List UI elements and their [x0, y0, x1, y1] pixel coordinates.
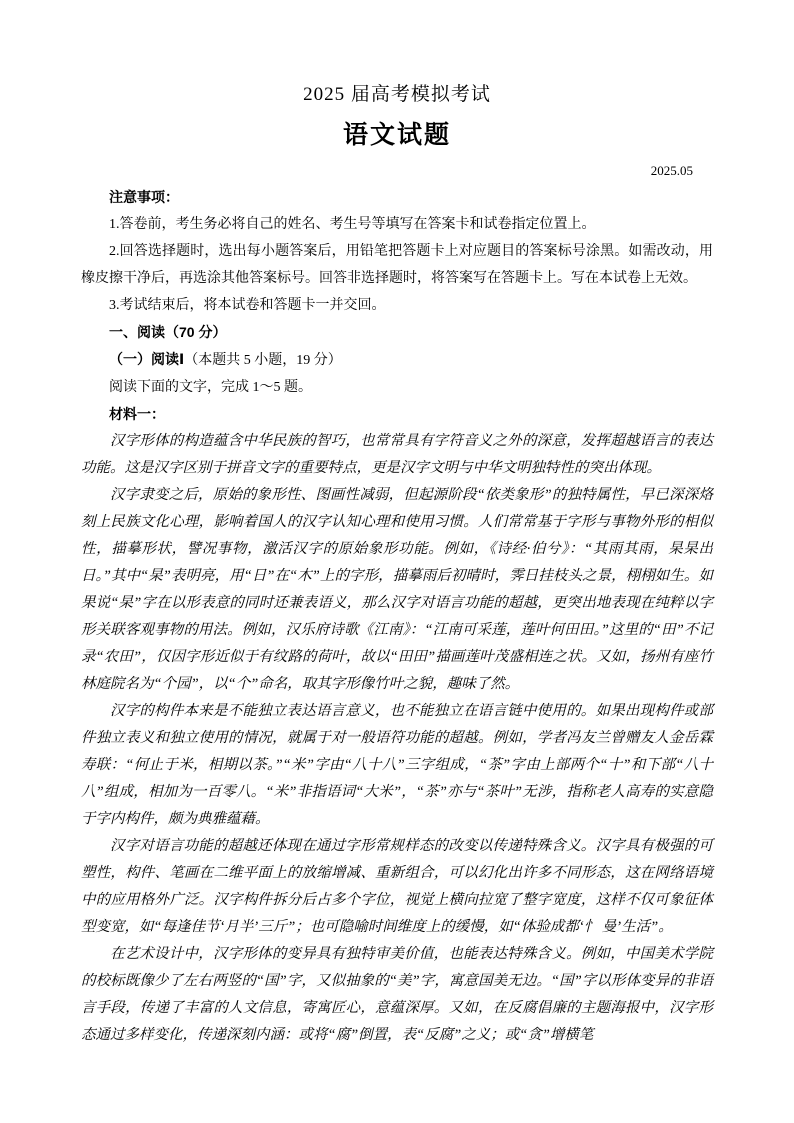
exam-paper-page: 2025 届高考模拟考试 语文试题 2025.05 注意事项： 1.答卷前，考生…	[0, 0, 794, 1123]
material-paragraph: 汉字形体的构造蕴含中华民族的智巧，也常常具有字符音义之外的深意，发挥超越语言的表…	[81, 428, 713, 482]
material-paragraph: 汉字的构件本来是不能独立表达语言意义，也不能独立在语言链中使用的。如果出现构件或…	[81, 698, 713, 833]
subject-title: 语文试题	[81, 118, 713, 152]
material-paragraph: 汉字对语言功能的超越还体现在通过字形常规样态的改变以传递特殊含义。汉字具有极强的…	[81, 833, 713, 941]
notice-item-1: 1.答卷前，考生务必将自己的姓名、考生号等填写在答案卡和试卷指定位置上。	[81, 211, 713, 238]
exam-date: 2025.05	[81, 162, 693, 180]
section-heading-reading: 一、阅读（70 分）	[81, 319, 713, 346]
notice-item-2: 2.回答选择题时，选出每小题答案后，用铅笔把答题卡上对应题目的答案标号涂黑。如需…	[81, 238, 713, 292]
material-one-label: 材料一：	[81, 401, 713, 428]
material-paragraph: 汉字隶变之后，原始的象形性、图画性减弱，但起源阶段“依类象形”的独特属性，早已深…	[81, 482, 713, 698]
subsection-title: （一）阅读Ⅰ	[109, 351, 184, 367]
subsection-score-note: （本题共 5 小题，19 分）	[184, 353, 342, 368]
notices-heading: 注意事项：	[81, 184, 713, 211]
exam-title: 2025 届高考模拟考试	[81, 82, 713, 108]
subsection-heading-reading-1: （一）阅读Ⅰ（本题共 5 小题，19 分）	[81, 346, 713, 374]
reading-instruction: 阅读下面的文字，完成 1～5 题。	[81, 374, 713, 401]
material-paragraph: 在艺术设计中，汉字形体的变异具有独特审美价值，也能表达特殊含义。例如，中国美术学…	[81, 941, 713, 1049]
notice-item-3: 3.考试结束后，将本试卷和答题卡一并交回。	[81, 292, 713, 319]
